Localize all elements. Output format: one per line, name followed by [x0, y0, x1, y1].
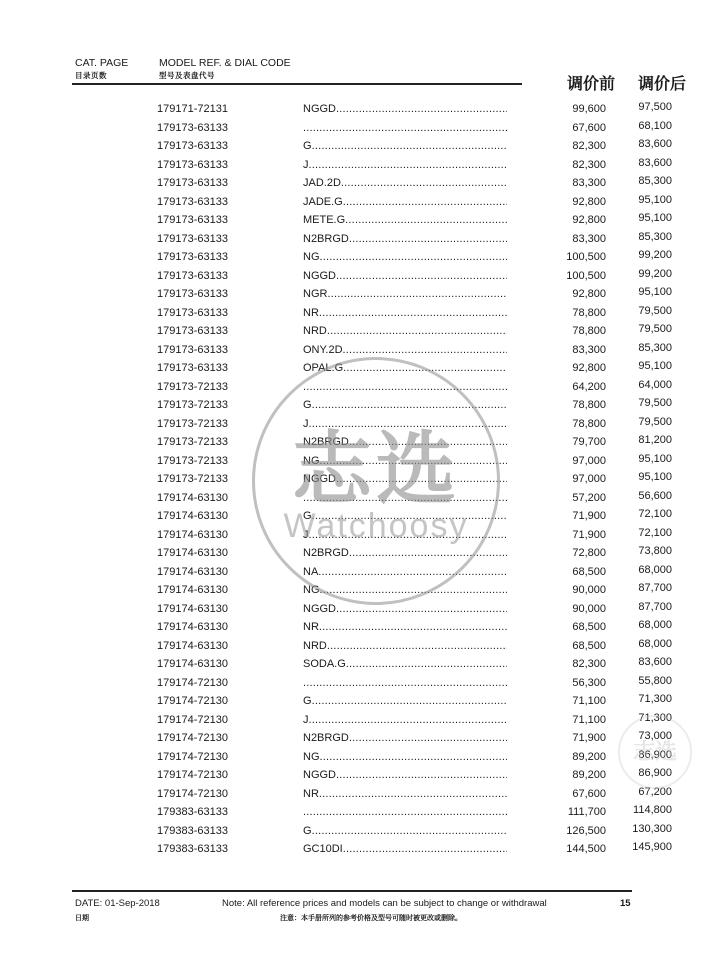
- price-after-cell: 64,000: [638, 379, 672, 391]
- price-after-header: 调价后: [638, 71, 686, 94]
- table-row: 179173-63133NR78,80079,500: [0, 305, 720, 324]
- price-before-cell: 90,000: [572, 584, 606, 596]
- model-ref-cell: 179174-72130: [157, 788, 228, 800]
- price-after-cell: 72,100: [638, 508, 672, 520]
- price-before-cell: 83,300: [572, 177, 606, 189]
- price-after-cell: 79,500: [638, 397, 672, 409]
- price-before-cell: 89,200: [572, 769, 606, 781]
- price-before-cell: 92,800: [572, 214, 606, 226]
- dial-code-cell: G: [303, 695, 507, 707]
- table-row: 179173-63133ONY.2D83,30085,300: [0, 342, 720, 361]
- dial-code-cell: GC10DI: [303, 843, 507, 855]
- dial-code-cell: [303, 677, 507, 689]
- model-ref-cell: 179383-63133: [157, 843, 228, 855]
- dial-code-cell: NG: [303, 751, 507, 763]
- price-after-cell: 95,100: [638, 453, 672, 465]
- price-after-cell: 81,200: [638, 434, 672, 446]
- price-after-cell: 95,100: [638, 194, 672, 206]
- table-row: 179173-72133N2BRGD79,70081,200: [0, 434, 720, 453]
- footer-date: DATE: 01-Sep-2018: [75, 898, 160, 909]
- price-after-cell: 95,100: [638, 286, 672, 298]
- price-after-cell: 79,500: [638, 305, 672, 317]
- price-after-cell: 67,200: [638, 786, 672, 798]
- price-before-cell: 97,000: [572, 473, 606, 485]
- dial-code-cell: NR: [303, 621, 507, 633]
- price-after-cell: 68,000: [638, 564, 672, 576]
- price-before-cell: 71,100: [572, 695, 606, 707]
- model-ref-label-cn: 型号及表盘代号: [159, 70, 291, 82]
- model-ref-header: MODEL REF. & DIAL CODE 型号及表盘代号: [159, 57, 291, 82]
- dial-code-cell: N2BRGD: [303, 732, 507, 744]
- model-ref-cell: 179173-63133: [157, 307, 228, 319]
- table-row: 179173-63133NGR92,80095,100: [0, 286, 720, 305]
- dial-code-cell: [303, 492, 507, 504]
- model-ref-cell: 179174-63130: [157, 584, 228, 596]
- dial-code-cell: NR: [303, 788, 507, 800]
- price-after-cell: 79,500: [638, 323, 672, 335]
- dial-code-cell: NRD: [303, 325, 507, 337]
- footer-date-cn: 日期: [75, 913, 89, 923]
- price-after-cell: 87,700: [638, 582, 672, 594]
- table-row: 179174-63130NR68,50068,000: [0, 619, 720, 638]
- model-ref-cell: 179173-72133: [157, 381, 228, 393]
- price-before-cell: 56,300: [572, 677, 606, 689]
- price-after-cell: 95,100: [638, 471, 672, 483]
- price-after-cell: 71,300: [638, 712, 672, 724]
- dial-code-cell: JAD.2D: [303, 177, 507, 189]
- dial-code-cell: ONY.2D: [303, 344, 507, 356]
- dial-code-cell: N2BRGD: [303, 233, 507, 245]
- price-after-cell: 68,000: [638, 638, 672, 650]
- table-row: 179173-7213364,20064,000: [0, 379, 720, 398]
- model-ref-cell: 179173-63133: [157, 233, 228, 245]
- price-before-cell: 78,800: [572, 307, 606, 319]
- model-ref-cell: 179174-63130: [157, 566, 228, 578]
- model-ref-cell: 179174-63130: [157, 621, 228, 633]
- footer-note-cn: 注意：本手册所列的参考价格及型号可随时被更改或删除。: [280, 913, 462, 923]
- model-ref-cell: 179174-72130: [157, 751, 228, 763]
- price-before-cell: 68,500: [572, 640, 606, 652]
- cat-page-label: CAT. PAGE: [75, 57, 128, 69]
- price-before-cell: 67,600: [572, 122, 606, 134]
- model-ref-cell: 179174-72130: [157, 714, 228, 726]
- dial-code-cell: SODA.G: [303, 658, 507, 670]
- price-after-cell: 85,300: [638, 342, 672, 354]
- price-after-cell: 56,600: [638, 490, 672, 502]
- model-ref-cell: 179174-63130: [157, 529, 228, 541]
- model-ref-cell: 179174-63130: [157, 658, 228, 670]
- dial-code-cell: NA: [303, 566, 507, 578]
- price-before-cell: 126,500: [566, 825, 606, 837]
- table-row: 179174-63130NG90,00087,700: [0, 582, 720, 601]
- price-after-cell: 99,200: [638, 249, 672, 261]
- price-before-cell: 99,600: [572, 103, 606, 115]
- model-ref-cell: 179173-72133: [157, 399, 228, 411]
- price-after-cell: 79,500: [638, 416, 672, 428]
- dial-code-cell: NGGD: [303, 603, 507, 615]
- price-after-cell: 73,800: [638, 545, 672, 557]
- dial-code-cell: NGGD: [303, 103, 507, 115]
- dial-code-cell: G: [303, 510, 507, 522]
- model-ref-cell: 179174-72130: [157, 732, 228, 744]
- model-ref-cell: 179174-72130: [157, 677, 228, 689]
- price-before-cell: 78,800: [572, 418, 606, 430]
- price-after-cell: 86,900: [638, 767, 672, 779]
- table-row: 179173-63133METE.G92,80095,100: [0, 212, 720, 231]
- price-before-header: 调价前: [567, 71, 615, 94]
- table-row: 179383-63133G126,500130,300: [0, 823, 720, 842]
- dial-code-cell: J: [303, 418, 507, 430]
- model-ref-cell: 179174-63130: [157, 603, 228, 615]
- dial-code-cell: NGR: [303, 288, 507, 300]
- price-after-cell: 83,600: [638, 157, 672, 169]
- table-row: 179173-63133N2BRGD83,30085,300: [0, 231, 720, 250]
- price-after-cell: 97,500: [638, 101, 672, 113]
- table-row: 179173-6313367,60068,100: [0, 120, 720, 139]
- model-ref-cell: 179173-63133: [157, 325, 228, 337]
- price-before-cell: 83,300: [572, 344, 606, 356]
- price-after-cell: 72,100: [638, 527, 672, 539]
- price-after-cell: 83,600: [638, 656, 672, 668]
- model-ref-cell: 179173-63133: [157, 362, 228, 374]
- cat-page-label-cn: 目录页数: [75, 70, 128, 82]
- dial-code-cell: NGGD: [303, 769, 507, 781]
- price-after-cell: 68,000: [638, 619, 672, 631]
- footer-note: Note: All reference prices and models ca…: [222, 898, 547, 909]
- model-ref-cell: 179173-63133: [157, 214, 228, 226]
- table-row: 179174-72130NG89,20086,900: [0, 749, 720, 768]
- price-before-cell: 68,500: [572, 566, 606, 578]
- table-row: 179383-63133111,700114,800: [0, 804, 720, 823]
- dial-code-cell: [303, 806, 507, 818]
- table-row: 179173-72133J78,80079,500: [0, 416, 720, 435]
- table-row: 179173-63133NG100,50099,200: [0, 249, 720, 268]
- table-row: 179174-63130G71,90072,100: [0, 508, 720, 527]
- model-ref-cell: 179173-63133: [157, 177, 228, 189]
- dial-code-cell: NRD: [303, 640, 507, 652]
- dial-code-cell: NG: [303, 251, 507, 263]
- price-before-cell: 92,800: [572, 288, 606, 300]
- cat-page-header: CAT. PAGE 目录页数: [75, 57, 128, 82]
- price-after-cell: 73,000: [638, 730, 672, 742]
- dial-code-cell: G: [303, 140, 507, 152]
- dial-code-cell: J: [303, 159, 507, 171]
- model-ref-label: MODEL REF. & DIAL CODE: [159, 57, 291, 69]
- table-row: 179173-63133OPAL.G92,80095,100: [0, 360, 720, 379]
- model-ref-cell: 179173-72133: [157, 418, 228, 430]
- model-ref-cell: 179174-72130: [157, 695, 228, 707]
- table-row: 179173-72133NG97,00095,100: [0, 453, 720, 472]
- price-before-cell: 71,100: [572, 714, 606, 726]
- price-after-cell: 68,100: [638, 120, 672, 132]
- model-ref-cell: 179173-63133: [157, 122, 228, 134]
- dial-code-cell: [303, 381, 507, 393]
- table-row: 179174-63130NA68,50068,000: [0, 564, 720, 583]
- dial-code-cell: J: [303, 529, 507, 541]
- price-after-cell: 83,600: [638, 138, 672, 150]
- model-ref-cell: 179173-63133: [157, 344, 228, 356]
- model-ref-cell: 179383-63133: [157, 825, 228, 837]
- price-after-cell: 99,200: [638, 268, 672, 280]
- table-row: 179174-63130NGGD90,00087,700: [0, 601, 720, 620]
- table-row: 179174-63130N2BRGD72,80073,800: [0, 545, 720, 564]
- table-row: 179173-63133G82,30083,600: [0, 138, 720, 157]
- table-row: 179174-63130SODA.G82,30083,600: [0, 656, 720, 675]
- model-ref-cell: 179173-72133: [157, 436, 228, 448]
- price-before-cell: 100,500: [566, 270, 606, 282]
- model-ref-cell: 179173-63133: [157, 270, 228, 282]
- model-ref-cell: 179173-72133: [157, 473, 228, 485]
- dial-code-cell: J: [303, 714, 507, 726]
- price-table: 179171-72131NGGD99,60097,500179173-63133…: [0, 101, 720, 860]
- price-after-cell: 95,100: [638, 360, 672, 372]
- table-row: 179174-6313057,20056,600: [0, 490, 720, 509]
- model-ref-cell: 179173-63133: [157, 251, 228, 263]
- price-after-cell: 114,800: [633, 804, 672, 816]
- table-row: 179171-72131NGGD99,60097,500: [0, 101, 720, 120]
- model-ref-cell: 179383-63133: [157, 806, 228, 818]
- table-row: 179174-63130NRD68,50068,000: [0, 638, 720, 657]
- price-after-cell: 55,800: [638, 675, 672, 687]
- dial-code-cell: NGGD: [303, 473, 507, 485]
- price-before-cell: 111,700: [568, 806, 606, 818]
- table-row: 179174-7213056,30055,800: [0, 675, 720, 694]
- table-row: 179174-72130NR67,60067,200: [0, 786, 720, 805]
- dial-code-cell: G: [303, 399, 507, 411]
- dial-code-cell: JADE.G: [303, 196, 507, 208]
- page-number: 15: [620, 898, 631, 909]
- price-before-cell: 78,800: [572, 325, 606, 337]
- table-row: 179173-63133J82,30083,600: [0, 157, 720, 176]
- model-ref-cell: 179173-63133: [157, 288, 228, 300]
- model-ref-cell: 179173-63133: [157, 159, 228, 171]
- dial-code-cell: NGGD: [303, 270, 507, 282]
- model-ref-cell: 179173-63133: [157, 140, 228, 152]
- model-ref-cell: 179174-72130: [157, 769, 228, 781]
- table-row: 179174-72130NGGD89,20086,900: [0, 767, 720, 786]
- footer-divider: [72, 890, 632, 892]
- dial-code-cell: N2BRGD: [303, 547, 507, 559]
- price-after-cell: 85,300: [638, 231, 672, 243]
- price-before-cell: 68,500: [572, 621, 606, 633]
- dial-code-cell: NG: [303, 584, 507, 596]
- table-row: 179174-72130N2BRGD71,90073,000: [0, 730, 720, 749]
- price-after-cell: 87,700: [638, 601, 672, 613]
- table-row: 179383-63133GC10DI144,500145,900: [0, 841, 720, 860]
- price-after-cell: 86,900: [638, 749, 672, 761]
- price-before-cell: 71,900: [572, 529, 606, 541]
- price-after-cell: 71,300: [638, 693, 672, 705]
- price-before-cell: 144,500: [566, 843, 606, 855]
- model-ref-cell: 179173-72133: [157, 455, 228, 467]
- price-before-cell: 90,000: [572, 603, 606, 615]
- dial-code-cell: [303, 122, 507, 134]
- price-before-cell: 83,300: [572, 233, 606, 245]
- price-before-cell: 82,300: [572, 140, 606, 152]
- table-row: 179173-72133NGGD97,00095,100: [0, 471, 720, 490]
- price-before-cell: 57,200: [572, 492, 606, 504]
- dial-code-cell: NR: [303, 307, 507, 319]
- model-ref-cell: 179173-63133: [157, 196, 228, 208]
- price-before-cell: 78,800: [572, 399, 606, 411]
- price-before-cell: 64,200: [572, 381, 606, 393]
- model-ref-cell: 179171-72131: [157, 103, 228, 115]
- dial-code-cell: METE.G: [303, 214, 507, 226]
- table-row: 179174-72130G71,10071,300: [0, 693, 720, 712]
- price-before-cell: 82,300: [572, 658, 606, 670]
- price-before-cell: 82,300: [572, 159, 606, 171]
- price-before-cell: 92,800: [572, 196, 606, 208]
- table-row: 179174-72130J71,10071,300: [0, 712, 720, 731]
- price-before-cell: 67,600: [572, 788, 606, 800]
- table-row: 179173-63133JADE.G92,80095,100: [0, 194, 720, 213]
- dial-code-cell: N2BRGD: [303, 436, 507, 448]
- price-after-cell: 130,300: [632, 823, 672, 835]
- price-before-cell: 71,900: [572, 510, 606, 522]
- model-ref-cell: 179174-63130: [157, 510, 228, 522]
- model-ref-cell: 179174-63130: [157, 492, 228, 504]
- price-after-cell: 145,900: [632, 841, 672, 853]
- dial-code-cell: G: [303, 825, 507, 837]
- price-before-cell: 97,000: [572, 455, 606, 467]
- price-after-cell: 95,100: [638, 212, 672, 224]
- table-row: 179173-63133NGGD100,50099,200: [0, 268, 720, 287]
- model-ref-cell: 179174-63130: [157, 640, 228, 652]
- price-before-cell: 89,200: [572, 751, 606, 763]
- price-before-cell: 71,900: [572, 732, 606, 744]
- price-before-cell: 92,800: [572, 362, 606, 374]
- table-row: 179173-72133G78,80079,500: [0, 397, 720, 416]
- dial-code-cell: OPAL.G: [303, 362, 507, 374]
- header-divider: [72, 83, 522, 85]
- price-before-cell: 79,700: [572, 436, 606, 448]
- model-ref-cell: 179174-63130: [157, 547, 228, 559]
- price-after-cell: 85,300: [638, 175, 672, 187]
- price-before-cell: 100,500: [566, 251, 606, 263]
- dial-code-cell: NG: [303, 455, 507, 467]
- table-row: 179173-63133NRD78,80079,500: [0, 323, 720, 342]
- table-row: 179174-63130J71,90072,100: [0, 527, 720, 546]
- table-row: 179173-63133JAD.2D83,30085,300: [0, 175, 720, 194]
- price-before-cell: 72,800: [572, 547, 606, 559]
